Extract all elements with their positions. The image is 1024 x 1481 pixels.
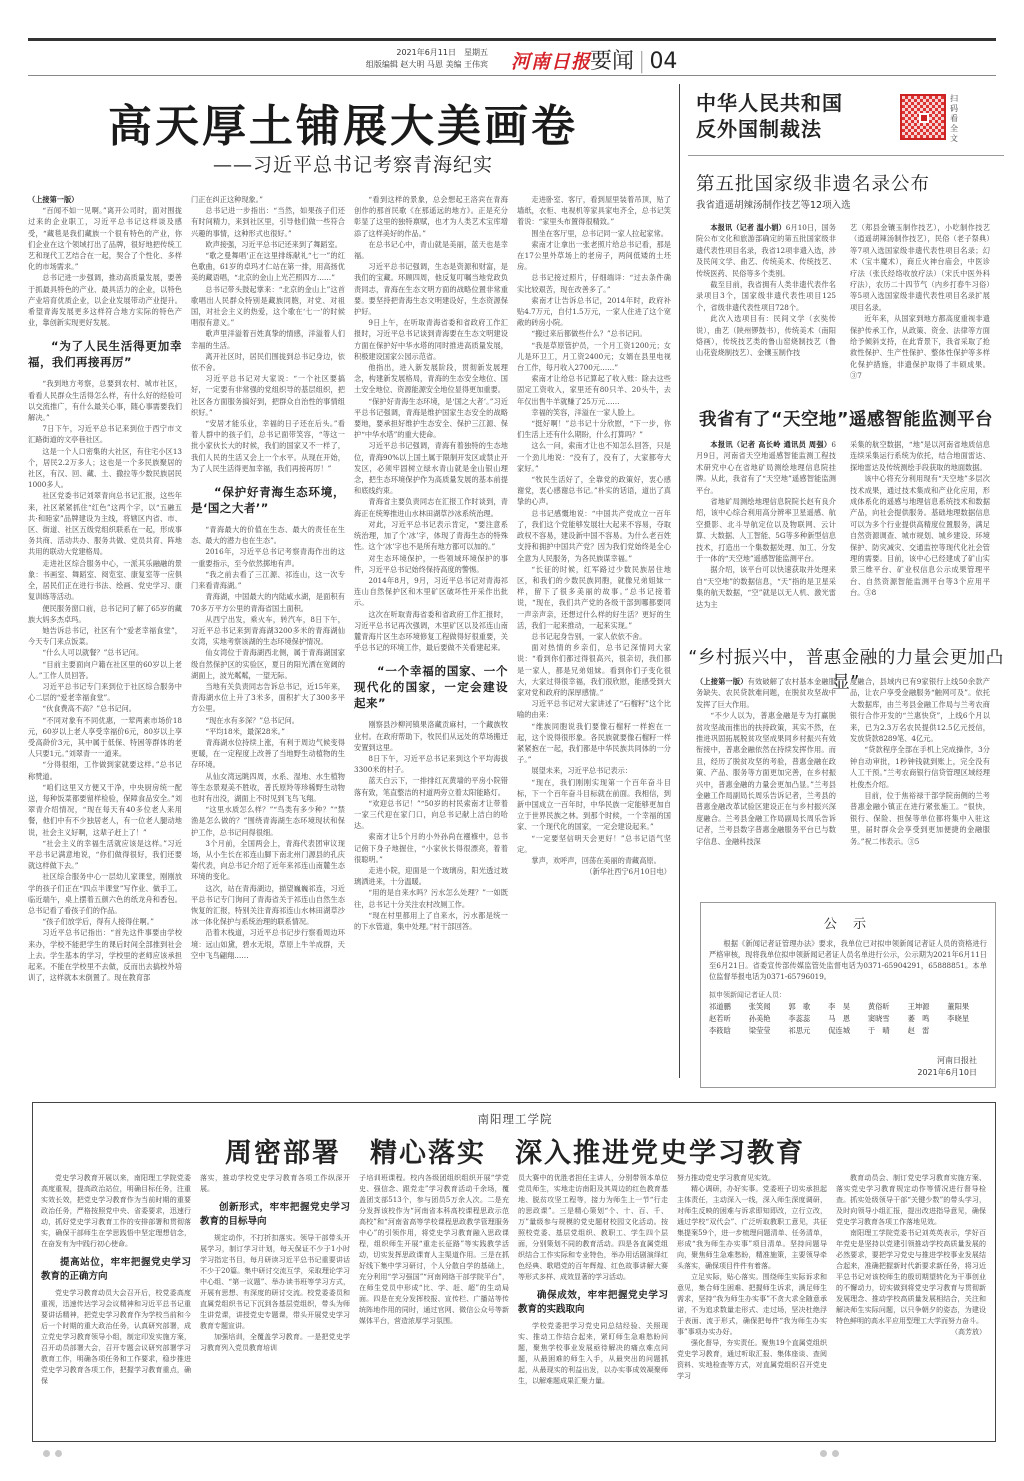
applicant-name: 窦晓雪 (868, 1014, 908, 1024)
applicant-name: 董阳果 (947, 1002, 987, 1012)
section-heading: 提高站位，牢牢把握党史学习教育的正确方向 (41, 1256, 191, 1284)
remote-sensing-column-1: 本报讯（记者 高长岭 通讯员 周强）6月9日，河南省天空地遥感智能监测工程技术研… (696, 439, 836, 624)
paragraph: 她告诉总书记，社区有个“爱老幸福食堂”，今天专门来点饭菜。 (28, 625, 182, 647)
paragraph: 总书记进一步指出：“当然，如果孩子们还有时间精力，来到社区里，引导他们做一些符合… (191, 205, 345, 239)
advertorial-headline: 周密部署 精心落实 深入推进党史学习教育 (33, 1131, 997, 1170)
paragraph: 3个月前，全国两会上，青海代表团审议现场，从小生长在祁连山脚下南北州门源县的孔庆… (191, 838, 345, 883)
paragraph: 刚察县沙柳河镇果洛藏贡麻村，一个藏族牧业村。在政府帮助下，牧民们从远处的草场搬迁… (354, 719, 508, 753)
paragraph: 加强培训，全覆盖学习教育。一是把党史学习教育列入党员教育培训 (200, 1332, 350, 1354)
paragraph: 总书记带头鼓起掌来：“北京的金山上”这首歌唱出人民群众特别是藏族同胞，对党、对祖… (191, 284, 345, 329)
paragraph: 总书记感慨地说：“中国共产党成立一百年了，我们这个党能够发展壮大起来不容易，夺取… (517, 508, 671, 564)
paragraph: 青海省主要负责同志在汇报工作时谈到，青海正在统筹推进山水林田湖草沙冰系统治理。 (354, 496, 508, 518)
applicant-name: 萎 鸣 (908, 1014, 948, 1024)
applicant-name: 赵若昕 (709, 1014, 749, 1024)
paragraph: “现在村里都用上了自来水，污水都是统一的下水管道，集中处理。”村干部回答。 (354, 910, 508, 932)
registration-marks-right (820, 1450, 839, 1457)
paragraph: “长征的时候，红军路过少数民族居住地区，和我们的少数民族同胞，就像兄弟姐妹一样，… (517, 564, 671, 631)
applicant-name: 李 昊 (828, 1002, 868, 1012)
paragraph: 幸福的笑容，洋溢在一家人脸上。 (517, 407, 671, 418)
paragraph: 目前，位于焦裕禄干部学院南侧的兰考普惠金融小镇正在进行紧张施工。“很快，银行、保… (850, 790, 990, 847)
paragraph: 落实，推动学校党史学习教育各项工作纵深开展。 (200, 1173, 350, 1195)
section-heading: “一个幸福的国家、一个现代化的国家，一定会建设起来” (354, 663, 508, 711)
heritage-column-1: 本报讯（记者 温小娟）6月10日，国务院公布文化和旅游部确定的第五批国家级非遗代… (696, 222, 836, 387)
registration-dot (43, 1450, 50, 1457)
paragraph: 省地矿局测绘地理信息院院长赵有良介绍，该中心综合利用高分辨率卫星遥感、航空摄影、… (696, 496, 836, 564)
paragraph: 7日下午，习近平总书记来到位于西宁市文汇路街道的文亭巷社区。 (28, 423, 182, 445)
law-announcement: 中华人民共和国 反外国制裁法 扫码看全文 (688, 84, 1004, 156)
continuation-label: （上接第一版） (28, 195, 78, 204)
notice-paragraph: 根据《新闻记者证管理办法》要求，我单位已对拟申领新闻记者证人员的资格进行严格审核… (709, 938, 987, 982)
paragraph: 学校党委把学习党史同总结经验、关照现实、推动工作结合起来，紧盯师生急难愁盼问题，… (518, 1321, 668, 1387)
finance-column-2: 度融合，县域内已有9家银行上线50余款产品，让农户享受金融服务“触网可及”。依托… (850, 676, 990, 888)
public-notice-box: 公 示 根据《新闻记者证管理办法》要求，我单位已对拟申领新闻记者证人员的资格进行… (700, 902, 996, 1088)
main-article: 高天厚土铺展大美画卷 ——习近平总书记考察青海纪实 （上接第一版） “百闻不如一… (28, 82, 672, 1086)
paragraph: 索南才让5个月的小外孙尚在襁褓中，总书记俯下身子地握住，“小家伙长得很漂亮，着着… (354, 831, 508, 865)
paragraph: “咱们这里又方便又干净，中央厨房统一配送，每种饭菜都要留样检验，保障食品安全。”… (28, 782, 182, 838)
paragraph: 索南才让给总书记算起了收入账：除去这些固定工资收入，家里还有80只羊、20头牛，… (517, 373, 671, 407)
paragraph: 据介绍，该平台可以快速获取并处理来自“天空地”的数据信息，“天”指的是卫星采集的… (696, 564, 836, 610)
paragraph: “百闻不如一见啊。”离开公司时，面对围拢过来的企业职工，习近平总书记这样谈及感受… (28, 205, 182, 272)
advertorial-school: 南阳理工学院 (33, 1111, 997, 1127)
advertorial-column-6: 教育动员会、制订党史学习教育实施方案、落实党史学习教育规定动作等情况进行督导检查… (836, 1173, 986, 1435)
notice-signature: 河南日报社 2021年6月10日 (917, 1055, 977, 1079)
notice-signer: 河南日报社 (917, 1055, 977, 1067)
paragraph: 歌声里洋溢着百姓真挚的情感，洋溢着人们幸福的生活。 (191, 328, 345, 350)
paragraph: 仙女湾位于青海湖西北侧，属于青海湖国家级自然保护区的实验区，夏日的阳光洒在宽阔的… (191, 647, 345, 681)
paragraph: 党史学习教育开展以来，南阳理工学院党委高度重视，提高政治站位，明确目标任务，注重… (41, 1173, 191, 1250)
paragraph: “看到这样的景象，总会想起王洛宾在青海创作的那首民歌《在那遥远的地方》。正是充分… (354, 194, 508, 239)
paragraph: “孩子们放学后，得有人接得住啊。” (28, 916, 182, 927)
paragraph: 教育动员会、制订党史学习教育实施方案、落实党史学习教育规定动作等情况进行督导检查… (836, 1173, 986, 1228)
paragraph: “维族同胞说我们要像石榴籽一样抱在一起，这个说得很形象。各民族就要像石榴籽一样紧… (517, 721, 671, 766)
section-heading: 创新形式，牢牢把握党史学习教育的目标导向 (200, 1201, 350, 1229)
paragraph: 该中心将充分利用现有“天空地”多层次技术成果，通过技术集成和产业化应用，形成体系… (850, 473, 990, 598)
advertorial-column-5: 努力推动党史学习教育见实效。 精心调研，办好实事。党委班子切实承担起主体责任，主… (677, 1173, 827, 1435)
byline: 本报讯（记者 高长岭 通讯员 周强） (710, 440, 831, 449)
editor-credits: 组版编辑 赵大明 马恩 美编 王伟宾 (328, 59, 488, 71)
paragraph: 总书记接过照片，仔细端详：“过去条件确实比较艰苦，现在改善多了。” (517, 272, 671, 294)
masthead: 2021年6月11日 星期五 组版编辑 赵大明 马恩 美编 王伟宾 河南日报 要… (28, 38, 996, 76)
paragraph: “社会主义的幸福生活就应该是这样。”习近平总书记满意地说，“你们做得很好，我们还… (28, 838, 182, 872)
paragraph: 面对热情的乡亲们，总书记深情同大家说：“看到你们都过得很高兴，很亲切，我们都是一… (517, 642, 671, 698)
heritage-headline: 第五批国家级非遗名录公布 (696, 170, 930, 196)
advertorial-column-4: 员大赛中的优胜者担任主讲人，分别带领本单位党员师生，实地走访南阳及其周边的红色教… (518, 1173, 668, 1435)
section-divider: | (638, 49, 645, 74)
paragraph: 努力推动党史学习教育见实效。 (677, 1173, 827, 1184)
paragraph: 青海湖，中国最大的内陆咸水湖，是面积有70多万平方公里的青海省国土面积。 (191, 591, 345, 613)
applicant-name: 赵 雷 (908, 1026, 948, 1036)
applicant-name: 张笑闻 (749, 1002, 789, 1012)
applicant-name: 李筱晗 (709, 1026, 749, 1036)
paragraph: “现在水有多深？”总书记问。 (191, 715, 345, 726)
paragraph: “青海最大的价值在生态、最大的责任在生态、最大的潜力也在生态”。 (191, 524, 345, 546)
paragraph: 采集的航空数据，“地”是以河南省地质信息连续采集运行系统为依托，结合地面雷达、探… (850, 439, 990, 473)
paragraph: 索南才让拿出一张老照片给总书记看，那是在17公里外草场上的老房子，两间低矮的土坯… (517, 239, 671, 273)
article-columns: （上接第一版） “百闻不如一见啊。”离开公司时，面对围拢过来的企业职工，习近平总… (28, 194, 672, 1084)
notice-title: 公 示 (701, 913, 995, 932)
section-name: 要闻 (590, 49, 634, 74)
paragraph: “伙食费高不高？”总书记问。 (28, 703, 182, 714)
paragraph: 从仙女湾远眺四周，水系、湿地、水生植物等生态景观美不胜收，普氏原羚等珍稀野生动物… (191, 771, 345, 805)
applicant-name: 侃连城 (828, 1026, 868, 1036)
law-title: 中华人民共和国 反外国制裁法 (696, 90, 843, 142)
paragraph: 离开社区时，居民们围拢到总书记身边，依依不舍。 (191, 351, 345, 373)
paragraph: “分得很细，工作做到家就要这样。”总书记称赞道。 (28, 759, 182, 781)
article-byline: （新华社西宁6月10日电） (517, 866, 671, 877)
paragraph: 走进卧室、客厅，看到屋里装着吊顶，贴了墙纸，衣柜、电视机等家具家电齐全，总书记笑… (517, 194, 671, 228)
issue-date: 2021年6月11日 星期五 (328, 47, 488, 59)
registration-dot (832, 1450, 839, 1457)
paragraph: 习近平总书记对大家说：“一个社区要搞好，一定要有非常强的党组织导的基层组织，把社… (191, 373, 345, 418)
registration-marks-left (43, 1450, 62, 1457)
paragraph: “贷款程序全部在手机上完成操作，3分钟自动审批，1秒钟钱就到账上，完全没有人工干… (850, 744, 990, 790)
advertorial-column-1: 党史学习教育开展以来，南阳理工学院党委高度重视，提高政治站位，明确目标任务，注重… (41, 1173, 191, 1435)
page-number: 04 (649, 49, 677, 74)
applicant-name: 孙美艳 (749, 1014, 789, 1024)
applicant-name: 于 晴 (868, 1026, 908, 1036)
paragraph: “保护好青海生态环境，是‘国之大者’。”习近平总书记强调，青海是维护国家生态安全… (354, 396, 508, 441)
remote-sensing-column-2: 采集的航空数据，“地”是以河南省地质信息连续采集运行系统为依托，结合地面雷达、探… (850, 439, 990, 624)
advertorial-column-2: 落实，推动学校党史学习教育各项工作纵深开展。 创新形式，牢牢把握党史学习教育的目… (200, 1173, 350, 1435)
paragraph: 青海湖水位持续上涨，有利于周边气候变得更暖，在一定程度上改善了当地野生动植物的生… (191, 737, 345, 771)
paragraph: 这次在听取青海省委和省政府工作汇报时，习近平总书记再次强调，木里矿区以及祁连山南… (354, 609, 508, 654)
paragraph: 习近平总书记强调，生态是资源和财富，是我们的宝藏。环顾四周，他反复叮嘱当地党政负… (354, 261, 508, 317)
qr-label: 扫码看全文 (950, 94, 960, 144)
applicant-name: 王坤源 (908, 1002, 948, 1012)
applicant-name: 梁莹莹 (749, 1026, 789, 1036)
notice-list-label: 拟申领新闻记者证人员： (701, 982, 995, 1002)
continuation-label: （上接第一版） (696, 677, 748, 686)
finance-column-1: （上接第一版）有效破解了农村基本金融服务缺失、农民贷款难问题，在脱贫攻坚战中发挥… (696, 676, 836, 888)
paragraph: “不同对象有不同优惠，一荤两素市场价18元，60岁以上老人享受幸福价6元，80岁… (28, 715, 182, 760)
paragraph: 走进社区综合服务中心，一派其乐融融的景象：书画室、舞蹈室、阅览室、康复室等一应俱… (28, 558, 182, 603)
law-title-line-1: 中华人民共和国 (696, 90, 843, 116)
applicant-name: 祁思元 (788, 1026, 828, 1036)
paragraph: 强化督导，夯实责任。聚焦19个直属党组织党史学习教育，通过听取汇报、集体座谈、查… (677, 1338, 827, 1382)
paragraph: 围坐在客厅里，总书记同一家人拉起家常。 (517, 228, 671, 239)
paragraph: “这里水质怎么样？”“鸟类有多少种？”“禁渔是怎么做的？”围绕青海湖生态环境现状… (191, 804, 345, 838)
paragraph: 子培训班课程。校内各级团组织组织开展“学党史、强信念、跟党走”学习教育活动千余场… (359, 1173, 509, 1327)
advertorial-column-3: 子培训班课程。校内各级团组织组织开展“学党史、强信念、跟党走”学习教育活动千余场… (359, 1173, 509, 1435)
paragraph: 习近平总书记强调，青海有着独特的生态地位，青海90%以上国土属于限制开发区或禁止… (354, 440, 508, 496)
article-column-1: （上接第一版） “百闻不如一见啊。”离开公司时，面对围拢过来的企业职工，习近平总… (28, 194, 182, 1084)
paragraph: 社区党委书记刘翠青向总书记汇报，这些年来，社区紧紧抓住“红色”这两个字，以“五融… (28, 490, 182, 557)
paragraph: 9日上午，在听取青海省委和省政府工作汇报时，习近平总书记谈到青海要在生态文明建设… (354, 317, 508, 362)
paragraph: 欧声接强，习近平总书记还来到了舞蹈室。 (191, 239, 345, 250)
paragraph: 总书记进一步强调，推动高质量发展，要善于抓最具特色的产业、最具活力的企业，以特色… (28, 272, 182, 328)
paragraph: “用的是自来水吗？污水怎么处理？”一如既往，总书记十分关注农村改厕工作。 (354, 887, 508, 909)
paragraph: “歌之曼舞唱‘正在这里排练献礼“七一”的红色歌曲，61岁的卓玛才仁站在第一排，用… (191, 250, 345, 284)
section-heading: 确保成效，牢牢把握党史学习教育的实践取向 (518, 1289, 668, 1317)
law-title-line-2: 反外国制裁法 (696, 116, 843, 142)
paragraph: 走进小院，迎面是一个玻璃房，阳光透过玻璃洒进来，十分温暖。 (354, 865, 508, 887)
newspaper-logo: 河南日报 (511, 47, 591, 74)
paragraph: “一定要坚信明天会更好！”总书记语气坚定。 (517, 833, 671, 855)
paragraph: “目前主要面向户籍在社区里的60岁以上老人。”工作人员回答。 (28, 659, 182, 681)
paragraph: “平均18米，最深28米。” (191, 726, 345, 737)
paragraph: “什么人可以就餐？”总书记问。 (28, 647, 182, 658)
applicant-name: 郭 歌 (788, 1002, 828, 1012)
paragraph: 蓝天白云下，一排排红瓦黄墙的平房小院错落有致，笔直整洁的村道两旁立着太阳能路灯。 (354, 775, 508, 797)
paragraph: “安居才能乐业，幸福的日子还在后头。”看着人群中的孩子们，总书记面带笑容，“等这… (191, 418, 345, 474)
section-label: 要闻|04 (590, 44, 677, 75)
applicant-name: 祁道鹏 (709, 1002, 749, 1012)
paragraph: 2016年，习近平总书记考察青海作出的这一重要指示，至今依然掷地有声。 (191, 546, 345, 568)
advertorial-byline: （高芳放） (836, 1327, 986, 1338)
byline: 本报讯（记者 温小娟） (710, 223, 785, 232)
paragraph: “现在，我们刚刚实现第一个百年奋斗目标，下一个百年奋斗目标就在前面。我相信，到新… (517, 777, 671, 833)
paragraph: 近年来，从国家到地方都高度重视非遗保护传承工作，从政策、资金、法律等方面给予倾斜… (850, 313, 990, 381)
article-column-4: 走进卧室、客厅，看到屋里装着吊顶，贴了墙纸，衣柜、电视机等家具家电齐全，总书记笑… (517, 194, 671, 1084)
paragraph: 南阳理工学院党委书记刘英英表示，学好百年党史是坚持以党建引领推动学校高质量发展的… (836, 1228, 986, 1327)
article-column-2: 门正在纠正这种现象。” 总书记进一步指出：“当然，如果孩子们还有时间精力，来到社… (191, 194, 345, 1084)
paragraph: 索南才让告诉总书记，2014年时，政府补贴4.7万元，自付1.5万元，一家人住进… (517, 295, 671, 329)
main-subheadline: ——习近平总书记考察青海纪实 (213, 150, 493, 177)
paragraph: 党史学习教育动员大会召开后，校党委高度重视，迅速传达学习会议精神和习近平总书记重… (41, 1288, 191, 1387)
paragraph: 习近平总书记专门来到位于社区综合服务中心二层的“爱老幸福食堂”。 (28, 681, 182, 703)
applicant-name: 黄俗昕 (868, 1002, 908, 1012)
paragraph: 规定动作，不打折扣落实。领导干部带头开展学习，制订学习计划，每天保证不少于1小时… (200, 1233, 350, 1332)
notice-date: 2021年6月10日 (917, 1067, 977, 1079)
paragraph: 艺（郏县金镶玉制作技艺），小吃制作技艺（逍遥胡辣汤制作技艺），民俗（老子祭典）等… (850, 222, 990, 313)
paragraph: “我到地方考察，总要到农村、城市社区，看看人民群众生活得怎么样，有什么好的经验可… (28, 378, 182, 423)
section-heading: “为了人民生活得更加幸福，我们再接再厉” (28, 338, 182, 370)
paragraph: 展望未来，习近平总书记表示： (517, 765, 671, 776)
paragraph: “我是草原管护员，一个月工资1200元；女儿是环卫工，月工资2400元；女婿在县… (517, 340, 671, 374)
advertorial-columns: 党史学习教育开展以来，南阳理工学院党委高度重视，提高政治站位，明确目标任务，注重… (41, 1173, 991, 1435)
paragraph: 掌声，欢呼声，回荡在美丽的青藏高原。 (517, 855, 671, 866)
article-column-3: “看到这样的景象，总会想起王洛宾在青海创作的那首民歌《在那遥远的地方》。正是充分… (354, 194, 508, 1084)
paragraph: 总书记起身告别，一家人依依不舍。 (517, 631, 671, 642)
section-heading: “保护好青海生态环境，是‘国之大者’” (191, 484, 345, 516)
paragraph: 他指出，进入新发展阶段，贯彻新发展理念，构建新发展格局，青海的生态安全地位、国土… (354, 362, 508, 396)
applicant-name: 李晓星 (947, 1014, 987, 1024)
paragraph: 员大赛中的优胜者担任主讲人，分别带领本单位党员师生，实地走访南阳及其周边的红色教… (518, 1173, 668, 1283)
paragraph: 截至目前，我省拥有人类非遗代表作名录项目3个，国家级非遗代表性项目125个，省级… (696, 279, 836, 313)
main-headline: 高天厚土铺展大美画卷 (28, 90, 672, 154)
notice-body: 根据《新闻记者证管理办法》要求，我单位已对拟申领新闻记者证人员的资格进行严格审核… (701, 932, 995, 982)
applicant-name: 李蕊蕊 (788, 1014, 828, 1024)
heritage-column-2: 艺（郏县金镶玉制作技艺），小吃制作技艺（逍遥胡辣汤制作技艺），民俗（老子祭典）等… (850, 222, 990, 387)
qr-logo (919, 113, 929, 123)
paragraph: 便民服务窗口前，总书记问了解了65岁的藏族大妈多杰卓玛。 (28, 603, 182, 625)
paragraph: 沿着木栈道，习近平总书记步行察看周边环境：远山如黛，碧水无垠，草原上牛羊成群，天… (191, 927, 345, 961)
paragraph: 当地有关负责同志告诉总书记，近15年来，青海湖水位上升了3米多，面积扩大了300… (191, 681, 345, 715)
paragraph: 门正在纠正这种现象。” (191, 194, 345, 205)
paragraph: 这是一个人口密集的大社区，有住宅小区13个，居民2.2万多人；这也是一个多民族聚… (28, 446, 182, 491)
paragraph: 这么一问，索南才让也不知怎么回答，只是一个劲儿地说：“没有了，没有了，大家都夸大… (517, 440, 671, 474)
paragraph: “我之前去看了三江源、祁连山，这一次专门来看青海湖。” (191, 569, 345, 591)
paragraph: 精心调研，办好实事。党委班子切实承担起主体责任，主动深入一线，深入师生深度调研，… (677, 1184, 827, 1272)
paragraph: 这次，站在青海湖边，描望巍巍祁连，习近平总书记专门询问了青海省关于祁连山自然生态… (191, 883, 345, 928)
registration-dot (55, 1450, 62, 1457)
applicant-names: 祁道鹏 张笑闻 郭 歌 李 昊 黄俗昕 王坤源 董阳果 赵若昕 孙美艳 李蕊蕊 … (701, 1002, 995, 1036)
qr-code-icon[interactable] (900, 94, 946, 140)
paragraph: 2014年8月，9月，习近平总书记对青海祁连山自然保护区和木里矿区破坏性开采作出… (354, 575, 508, 609)
paragraph: “欢迎总书记！”“50岁的村民索南才让带着一家三代迎在家门口，向总书记献上洁白的… (354, 798, 508, 832)
paragraph: 立足实际，贴心落实。围绕师生实际诉求和意见，集合师生困难、把握师生诉求，满足师生… (677, 1272, 827, 1338)
paragraph: 从西宁出发，乘火车，转汽车，8日下午，习近平总书记来到青海湖3200多米的青海湖… (191, 614, 345, 648)
remote-sensing-headline: 我省有了“天空地”遥感智能监测平台 (688, 406, 1004, 431)
masthead-meta: 2021年6月11日 星期五 组版编辑 赵大明 马恩 美编 王伟宾 (328, 47, 488, 71)
paragraph: 此次入选项目有：民间文学（玄奘传说），曲艺（陕州锣鼓书），传统美术（南阳烙画），… (696, 313, 836, 359)
paragraph: “不少人以为，普惠金融是专为打赢脱贫攻坚战而推出的扶持政策，其实不然，在推进巩固… (696, 710, 836, 847)
column-divider (679, 84, 680, 1078)
paragraph: “牧民生活好了，全靠党的政策好，衷心感谢党，衷心感谢总书记。”朴实的话语，道出了… (517, 474, 671, 508)
paragraph: 习近平总书记对大家讲述了“石榴籽”这个比喻的由来： (517, 698, 671, 720)
paragraph: 习近平总书记指出：“首先这件事要由学校来办，学校不能把学生的课后时间全部推到社会… (28, 927, 182, 983)
paragraph: 社区综合服务中心一层幼儿家课堂，刚刚放学的孩子们正在“四点半课堂”写作业、做手工… (28, 871, 182, 916)
paragraph: “挺好啊！”总书记十分欣慰，“下一步，你们生活上还有什么期盼，什么打算吗？” (517, 418, 671, 440)
advertorial-box: 南阳理工学院 周密部署 精心落实 深入推进党史学习教育 党史学习教育开展以来，南… (32, 1102, 996, 1442)
paragraph: 对生态环境保护，一些领域环境保护的事件，习近平总书记始终保持高度的警惕。 (354, 553, 508, 575)
paragraph: “搬过来后都做些什么？”总书记问。 (517, 328, 671, 339)
paragraph: 对此，习近平总书记表示肯定，“要注意系统治理，加了个‘冰’字，体现了青海生态的特… (354, 519, 508, 553)
applicant-name: 马 恩 (828, 1014, 868, 1024)
heritage-subheadline: 我省逍遥胡辣汤制作技艺等12项入选 (696, 197, 851, 211)
paragraph: 在总书记心中，青山就是美丽，蓝天也是幸福。 (354, 239, 508, 261)
registration-dot (820, 1450, 827, 1457)
paragraph: 度融合，县域内已有9家银行上线50余款产品，让农户享受金融服务“触网可及”。依托… (850, 676, 990, 744)
paragraph: 8日下午，习近平总书记来到这个平均海拔3300米的村子。 (354, 753, 508, 775)
